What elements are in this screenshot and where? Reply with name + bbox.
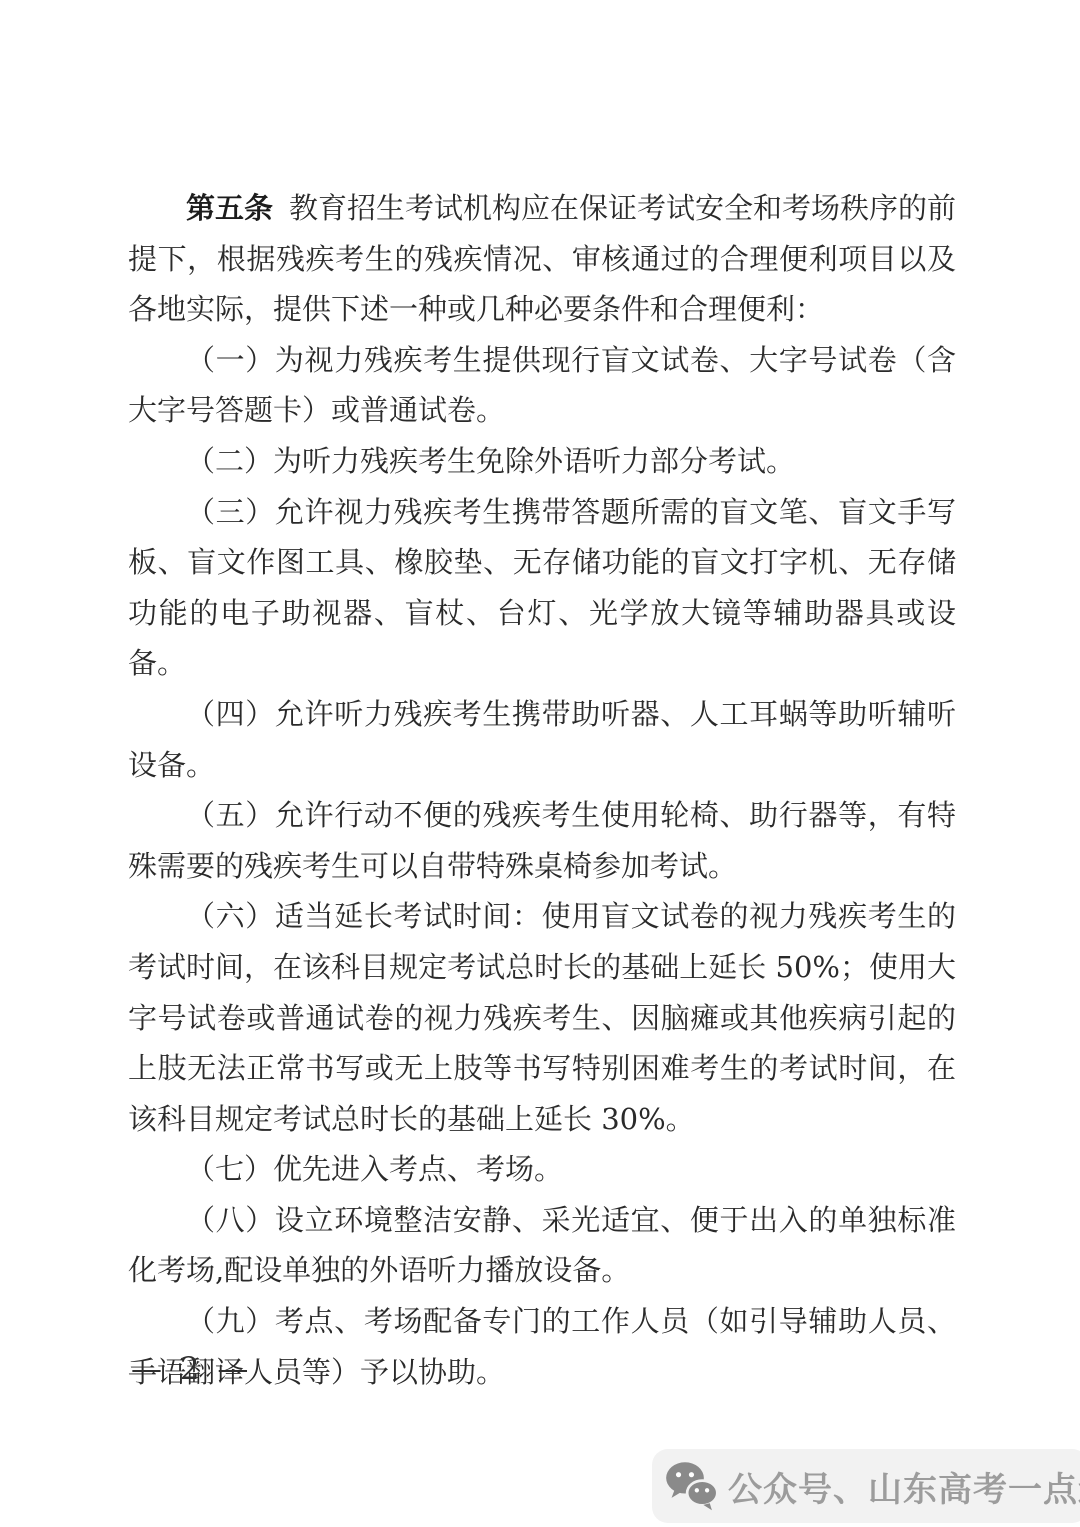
wechat-icon [664,1460,720,1512]
paragraph-8: （七）优先进入考点、考场。 [128,1144,956,1195]
paragraph-2: （一）为视力残疾考生提供现行盲文试卷、大字号试卷（含大字号答题卡）或普通试卷。 [128,335,956,436]
page-number: — 2 — [131,1351,252,1387]
paragraph-5: （四）允许听力残疾考生携带助听器、人工耳蜗等助听辅听设备。 [128,689,956,790]
paragraph-7: （六）适当延长考试时间：使用盲文试卷的视力残疾考生的考试时间，在该科目规定考试总… [128,891,956,1144]
paragraph-1: 第五条教育招生考试机构应在保证考试安全和考场秩序的前提下，根据残疾考生的残疾情况… [128,183,956,335]
paragraph-6: （五）允许行动不便的残疾考生使用轮椅、助行器等，有特殊需要的残疾考生可以自带特殊… [128,790,956,891]
article-number: 第五条 [186,191,273,225]
document-page: 第五条教育招生考试机构应在保证考试安全和考场秩序的前提下，根据残疾考生的残疾情况… [0,0,1080,1527]
paragraph-3: （二）为听力残疾考生免除外语听力部分考试。 [128,436,956,487]
paragraph-9: （八）设立环境整洁安静、采光适宜、便于出入的单独标准化考场,配设单独的外语听力播… [128,1195,956,1296]
wechat-watermark: 公众号、山东高考一点通 [652,1449,1080,1523]
paragraph-4: （三）允许视力残疾考生携带答题所需的盲文笔、盲文手写板、盲文作图工具、橡胶垫、无… [128,487,956,689]
watermark-label: 公众号、山东高考一点通 [728,1462,1080,1511]
document-body: 第五条教育招生考试机构应在保证考试安全和考场秩序的前提下，根据残疾考生的残疾情况… [128,183,956,1397]
